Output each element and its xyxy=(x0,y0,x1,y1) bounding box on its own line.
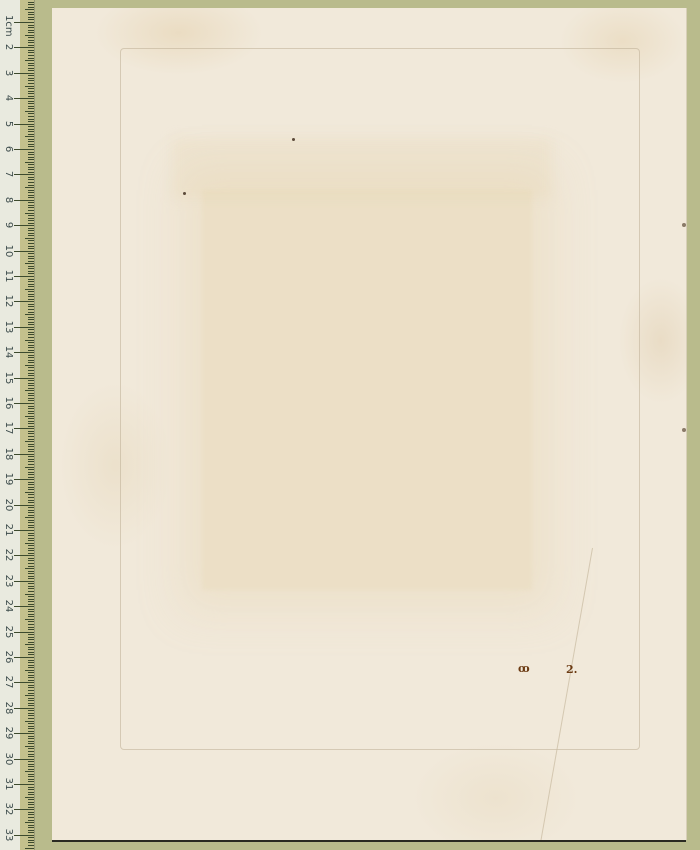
ruler-tick xyxy=(25,390,34,391)
ruler-tick xyxy=(28,228,34,229)
ruler-tick xyxy=(28,652,34,653)
ruler-tick xyxy=(28,832,34,833)
ruler-label: 15 xyxy=(3,371,13,385)
ruler-tick xyxy=(28,322,34,323)
ruler-tick xyxy=(28,253,34,254)
ruler-tick xyxy=(28,205,34,206)
ruler-tick xyxy=(28,667,34,668)
ruler-tick xyxy=(28,88,34,89)
ruler-tick xyxy=(28,634,34,635)
ruler-tick xyxy=(28,380,34,381)
ruler-tick xyxy=(28,703,34,704)
ruler-tick xyxy=(25,35,34,36)
ruler-label: 8 xyxy=(3,193,13,207)
ruler-tick xyxy=(28,751,34,752)
ruler-tick xyxy=(14,22,34,23)
ruler-tick xyxy=(14,251,34,252)
ruler-tick xyxy=(14,809,34,810)
ruler-tick xyxy=(28,37,34,38)
ruler-tick xyxy=(28,566,34,567)
ruler-label: 5 xyxy=(3,117,13,131)
ruler-tick xyxy=(14,352,34,353)
ruler-tick xyxy=(28,845,34,846)
ruler-tick xyxy=(28,830,34,831)
ruler-tick xyxy=(28,456,34,457)
ruler-tick xyxy=(25,721,34,722)
ruler-label: 27 xyxy=(3,675,13,689)
ink-mark-left: ꝏ xyxy=(518,662,530,675)
ruler-tick xyxy=(28,624,34,625)
ruler-tick xyxy=(28,507,34,508)
ruler-tick xyxy=(28,464,34,465)
ruler-tick xyxy=(14,505,34,506)
ruler-tick xyxy=(28,55,34,56)
ruler-tick xyxy=(28,42,34,43)
ruler-tick xyxy=(28,121,34,122)
ruler-tick xyxy=(28,355,34,356)
ruler-tick xyxy=(28,756,34,757)
ruler-tick xyxy=(25,111,34,112)
ruler-tick xyxy=(25,848,34,849)
ruler-tick xyxy=(28,101,34,102)
ruler-label: 21 xyxy=(3,523,13,537)
ruler-label: 19 xyxy=(3,472,13,486)
ruler-label: 25 xyxy=(3,625,13,639)
foxing-dot xyxy=(292,138,295,141)
ruler-tick xyxy=(28,246,34,247)
ruler-tick xyxy=(28,134,34,135)
ruler-tick xyxy=(28,70,34,71)
ruler-tick xyxy=(28,347,34,348)
ruler-tick xyxy=(28,131,34,132)
ruler-tick xyxy=(28,820,34,821)
ruler-tick xyxy=(14,378,34,379)
ruler-tick xyxy=(28,400,34,401)
ruler-tick xyxy=(28,649,34,650)
ruler-tick xyxy=(28,413,34,414)
ruler-tick xyxy=(28,266,34,267)
ruler-tick xyxy=(28,52,34,53)
ruler-tick xyxy=(25,568,34,569)
ruler-tick xyxy=(28,510,34,511)
ruler-tick xyxy=(28,654,34,655)
ruler-tick xyxy=(14,149,34,150)
ruler-tick xyxy=(28,812,34,813)
ruler-tick xyxy=(28,647,34,648)
ruler-tick xyxy=(28,261,34,262)
ruler-label: 14 xyxy=(3,345,13,359)
ruler-tick xyxy=(28,444,34,445)
ruler-tick xyxy=(28,192,34,193)
ruler-tick xyxy=(28,599,34,600)
ruler-tick xyxy=(28,560,34,561)
ruler-tick xyxy=(28,395,34,396)
ruler-tick xyxy=(28,807,34,808)
ruler-tick xyxy=(28,621,34,622)
ruler-tick xyxy=(14,581,34,582)
ruler-tick xyxy=(25,644,34,645)
ruler-tick xyxy=(28,146,34,147)
ruler-tick xyxy=(28,45,34,46)
ruler-tick xyxy=(14,632,34,633)
ruler-tick xyxy=(28,190,34,191)
ruler-tick xyxy=(25,238,34,239)
ruler-tick xyxy=(25,136,34,137)
ruler-tick xyxy=(25,619,34,620)
measuring-ruler: 1cm2345678910111213141516171819202122232… xyxy=(0,0,35,850)
ruler-tick xyxy=(28,144,34,145)
ruler-tick xyxy=(28,317,34,318)
ruler-tick xyxy=(14,200,34,201)
ruler-tick xyxy=(28,799,34,800)
ruler-tick xyxy=(28,817,34,818)
ruler-tick xyxy=(28,446,34,447)
ruler-tick xyxy=(14,708,34,709)
ruler-tick xyxy=(28,553,34,554)
ruler-tick xyxy=(28,286,34,287)
ruler-tick xyxy=(28,398,34,399)
ruler-tick xyxy=(28,126,34,127)
ruler-tick xyxy=(28,235,34,236)
ruler-tick xyxy=(28,17,34,18)
ruler-tick xyxy=(28,522,34,523)
ruler-tick xyxy=(25,670,34,671)
ruler-tick xyxy=(28,50,34,51)
ruler-label: 9 xyxy=(3,218,13,232)
ruler-tick xyxy=(28,68,34,69)
ruler-tick xyxy=(28,611,34,612)
ruler-tick xyxy=(28,477,34,478)
ruler-tick xyxy=(28,545,34,546)
ruler-tick xyxy=(25,441,34,442)
ruler-tick xyxy=(28,167,34,168)
ruler-tick xyxy=(28,40,34,41)
ruler-tick xyxy=(28,515,34,516)
ruler-tick xyxy=(28,500,34,501)
ruler-tick xyxy=(28,309,34,310)
ruler-tick xyxy=(14,225,34,226)
ruler-tick xyxy=(28,4,34,5)
ruler-tick xyxy=(28,329,34,330)
ruler-tick xyxy=(28,408,34,409)
ruler-label: 13 xyxy=(3,320,13,334)
ruler-tick xyxy=(28,769,34,770)
ruler-tick xyxy=(28,218,34,219)
ruler-tick xyxy=(28,360,34,361)
ruler-tick xyxy=(28,159,34,160)
ruler-tick xyxy=(28,578,34,579)
ruler-tick xyxy=(14,327,34,328)
ruler-label: 12 xyxy=(3,294,13,308)
ruler-tick xyxy=(28,299,34,300)
ruler-tick xyxy=(14,276,34,277)
ruler-tick xyxy=(28,106,34,107)
ruler-tick xyxy=(28,271,34,272)
ruler-tick xyxy=(28,527,34,528)
ruler-tick xyxy=(28,248,34,249)
ruler-tick xyxy=(28,294,34,295)
ruler-tick xyxy=(28,609,34,610)
ruler-label: 4 xyxy=(3,91,13,105)
ruler-tick xyxy=(28,164,34,165)
ruler-tick xyxy=(28,512,34,513)
ruler-tick xyxy=(28,210,34,211)
ruler-tick xyxy=(28,258,34,259)
ruler-tick xyxy=(28,487,34,488)
ruler-tick xyxy=(28,842,34,843)
ruler-tick xyxy=(28,139,34,140)
ruler-tick xyxy=(28,152,34,153)
ruler-tick xyxy=(28,154,34,155)
ruler-tick xyxy=(14,606,34,607)
ink-mark-right: 2. xyxy=(566,663,577,676)
ruler-tick xyxy=(28,680,34,681)
ruler-tick xyxy=(28,637,34,638)
ruler-tick xyxy=(28,233,34,234)
ruler-label: 32 xyxy=(3,802,13,816)
ruler-label: 26 xyxy=(3,650,13,664)
ruler-tick xyxy=(25,340,34,341)
ruler-tick xyxy=(14,124,34,125)
ruler-tick xyxy=(28,362,34,363)
ruler-tick xyxy=(14,73,34,74)
ruler-tick xyxy=(28,794,34,795)
paper-sheet: ꝏ 2. xyxy=(52,8,686,840)
ruler-tick xyxy=(28,418,34,419)
ruler-tick xyxy=(28,116,34,117)
ruler-tick xyxy=(14,174,34,175)
ruler-tick xyxy=(28,80,34,81)
ruler-tick xyxy=(28,388,34,389)
ruler-tick xyxy=(28,474,34,475)
ruler-tick xyxy=(25,86,34,87)
ruler-tick xyxy=(28,550,34,551)
ruler-tick xyxy=(28,291,34,292)
ruler-tick xyxy=(28,629,34,630)
ruler-tick xyxy=(28,312,34,313)
ruler-tick xyxy=(28,332,34,333)
ruler-label: 23 xyxy=(3,574,13,588)
ruler-tick xyxy=(28,319,34,320)
ruler-tick xyxy=(28,779,34,780)
ruler-tick xyxy=(28,93,34,94)
ruler-tick xyxy=(14,530,34,531)
ruler-tick xyxy=(25,746,34,747)
ruler-tick xyxy=(14,403,34,404)
ruler-tick xyxy=(28,639,34,640)
ruler-label: 2 xyxy=(3,40,13,54)
ruler-tick xyxy=(28,141,34,142)
ruler-tick xyxy=(28,177,34,178)
ruler-tick xyxy=(28,571,34,572)
ruler-tick xyxy=(28,533,34,534)
ruler-tick xyxy=(25,60,34,61)
ruler-tick xyxy=(28,687,34,688)
ruler-tick xyxy=(28,75,34,76)
ruler-tick xyxy=(25,797,34,798)
ruler-label: 20 xyxy=(3,498,13,512)
ruler-tick xyxy=(25,492,34,493)
ruler-tick xyxy=(28,32,34,33)
ruler-tick xyxy=(28,83,34,84)
ruler-tick xyxy=(28,713,34,714)
ruler-tick xyxy=(28,357,34,358)
ruler-tick xyxy=(28,685,34,686)
ruler-tick xyxy=(28,469,34,470)
ruler-label: 24 xyxy=(3,599,13,613)
ruler-tick xyxy=(28,738,34,739)
ruler-tick xyxy=(28,502,34,503)
ruler-tick xyxy=(25,517,34,518)
ruler-tick xyxy=(28,489,34,490)
ruler-tick xyxy=(28,406,34,407)
ruler-tick xyxy=(28,741,34,742)
ruler-tick xyxy=(28,129,34,130)
ruler-tick xyxy=(28,535,34,536)
ruler-tick xyxy=(28,411,34,412)
ruler-label: 31 xyxy=(3,777,13,791)
ruler-tick xyxy=(28,731,34,732)
ruler-tick xyxy=(28,96,34,97)
ruler-tick xyxy=(28,840,34,841)
ruler-tick xyxy=(28,375,34,376)
ruler-tick xyxy=(28,825,34,826)
ruler-tick xyxy=(28,91,34,92)
ruler-tick xyxy=(28,591,34,592)
ruler-tick xyxy=(28,223,34,224)
ruler-tick xyxy=(14,454,34,455)
ruler-tick xyxy=(28,743,34,744)
foxing-dot xyxy=(183,192,186,195)
ruler-tick xyxy=(28,548,34,549)
ruler-tick xyxy=(28,306,34,307)
ruler-tick xyxy=(28,256,34,257)
ruler-tick xyxy=(25,162,34,163)
ruler-tick xyxy=(28,279,34,280)
ruler-tick xyxy=(28,103,34,104)
ruler-tick xyxy=(28,781,34,782)
ruler-tick xyxy=(28,172,34,173)
ruler-tick xyxy=(28,385,34,386)
ruler-tick xyxy=(28,230,34,231)
ruler-tick xyxy=(28,284,34,285)
ruler-tick xyxy=(28,814,34,815)
ruler-tick xyxy=(28,726,34,727)
ruler-label: 30 xyxy=(3,752,13,766)
ruler-label: 10 xyxy=(3,244,13,258)
ruler-tick xyxy=(28,436,34,437)
ruler-tick xyxy=(25,771,34,772)
ruler-tick xyxy=(28,693,34,694)
ruler-tick xyxy=(28,202,34,203)
ruler-tick xyxy=(28,240,34,241)
ruler-tick xyxy=(28,665,34,666)
ruler-tick xyxy=(28,563,34,564)
ruler-tick xyxy=(28,334,34,335)
ruler-tick xyxy=(28,748,34,749)
ruler-tick xyxy=(28,601,34,602)
ruler-tick xyxy=(28,675,34,676)
ruler-tick xyxy=(25,695,34,696)
ruler-tick xyxy=(28,723,34,724)
ruler-tick xyxy=(28,304,34,305)
ruler-tick xyxy=(14,759,34,760)
ruler-tick xyxy=(28,616,34,617)
ruler-tick xyxy=(28,182,34,183)
ruler-tick xyxy=(28,614,34,615)
ruler-label: 11 xyxy=(3,269,13,283)
ruler-tick xyxy=(28,583,34,584)
ruler-tick xyxy=(28,423,34,424)
ruler-tick xyxy=(25,263,34,264)
ruler-tick xyxy=(28,576,34,577)
ruler-tick xyxy=(14,555,34,556)
ruler-tick xyxy=(28,268,34,269)
ruler-tick xyxy=(28,296,34,297)
ruler-tick xyxy=(28,789,34,790)
ruler-tick xyxy=(28,108,34,109)
ruler-label: 29 xyxy=(3,726,13,740)
ruler-tick xyxy=(28,65,34,66)
ruler-tick xyxy=(28,197,34,198)
ruler-tick xyxy=(14,657,34,658)
ruler-tick xyxy=(28,30,34,31)
ruler-tick xyxy=(28,19,34,20)
ruler-tick xyxy=(28,367,34,368)
ruler-tick xyxy=(28,350,34,351)
ruler-tick xyxy=(28,520,34,521)
ruler-tick xyxy=(28,324,34,325)
ruler-tick xyxy=(28,421,34,422)
ruler-tick xyxy=(28,185,34,186)
ruler-tick xyxy=(28,119,34,120)
ruler-tick xyxy=(14,98,34,99)
ruler-tick xyxy=(25,9,34,10)
ruler-tick xyxy=(28,754,34,755)
ruler-tick xyxy=(28,827,34,828)
ruler-label: 16 xyxy=(3,396,13,410)
ruler-tick xyxy=(28,484,34,485)
ruler-tick xyxy=(28,736,34,737)
ruler-tick xyxy=(28,459,34,460)
ruler-tick xyxy=(28,461,34,462)
ruler-tick xyxy=(14,47,34,48)
ruler-label: 3 xyxy=(3,66,13,80)
ruler-tick xyxy=(28,787,34,788)
ruler-tick xyxy=(28,494,34,495)
ruler-tick xyxy=(28,7,34,8)
ruler-tick xyxy=(14,682,34,683)
ruler-label: 33 xyxy=(3,828,13,842)
ruler-tick xyxy=(28,207,34,208)
ruler-tick xyxy=(28,705,34,706)
ruler-tick xyxy=(25,594,34,595)
ruler-tick xyxy=(28,660,34,661)
ruler-tick xyxy=(28,342,34,343)
ruler-tick xyxy=(25,289,34,290)
ruler-tick xyxy=(28,63,34,64)
ruler-tick xyxy=(28,472,34,473)
ruler-tick xyxy=(28,370,34,371)
ruler-tick xyxy=(28,792,34,793)
ruler-tick xyxy=(28,573,34,574)
ruler-tick xyxy=(25,187,34,188)
pin-hole xyxy=(682,223,686,227)
ruler-tick xyxy=(28,672,34,673)
ruler-tick xyxy=(25,365,34,366)
ruler-tick xyxy=(25,314,34,315)
ruler-label: 18 xyxy=(3,447,13,461)
